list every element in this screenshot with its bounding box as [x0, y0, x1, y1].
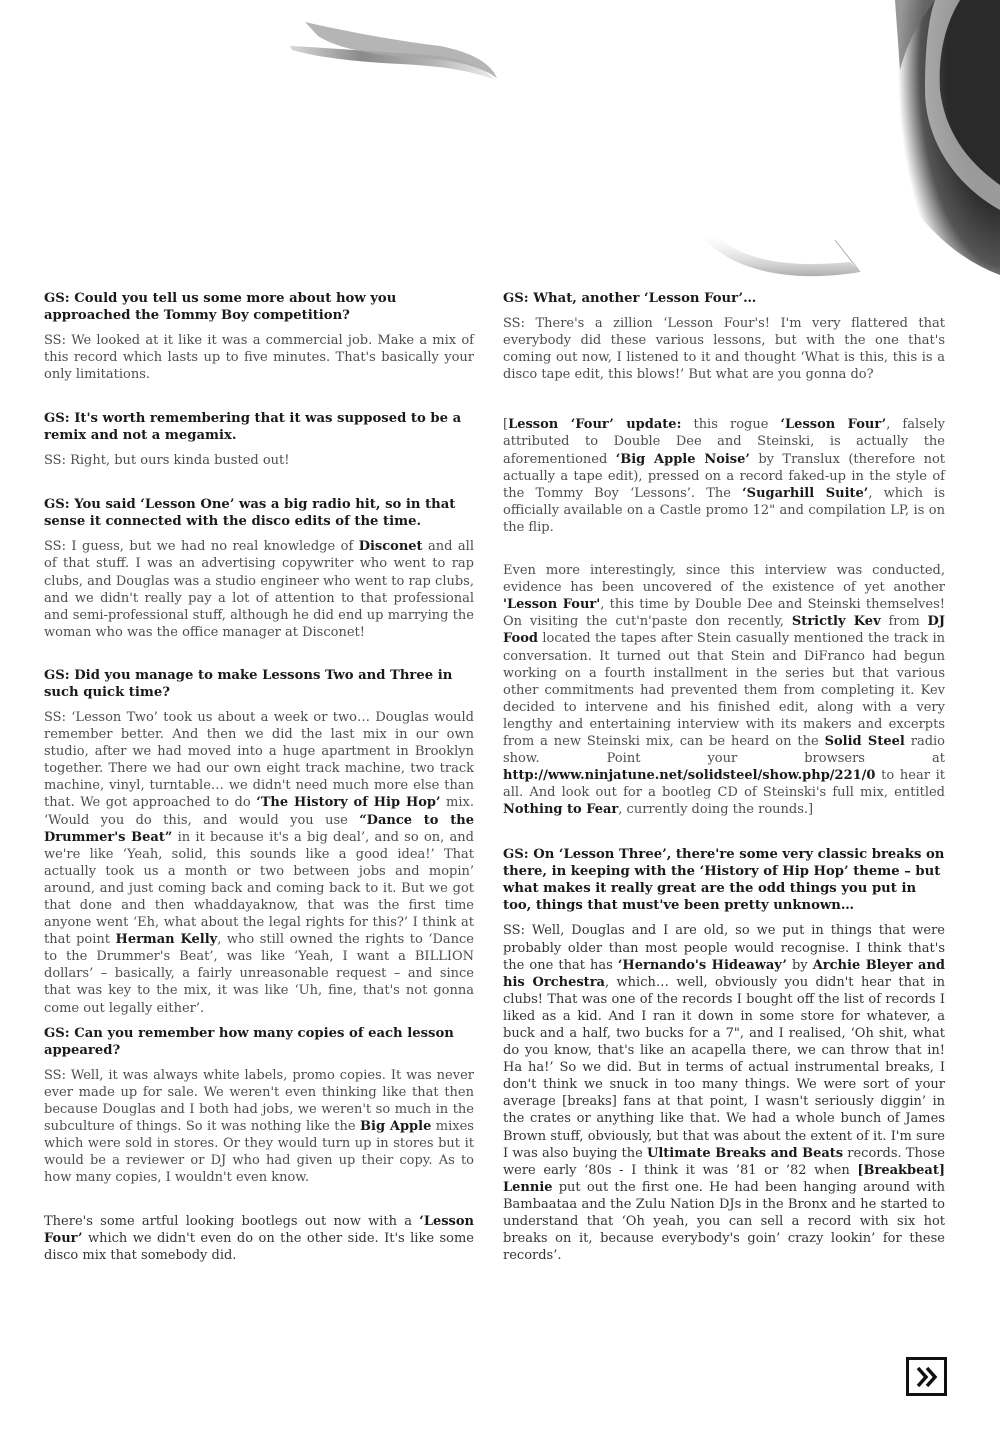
qa-block: GS: Could you tell us some more about ho…: [44, 290, 474, 383]
editor-note: [Lesson ‘Four’ update: this rogue ‘Lesso…: [503, 416, 945, 536]
interview-answer: SS: We looked at it like it was a commer…: [44, 332, 474, 383]
editor-note: Even more interestingly, since this inte…: [503, 562, 945, 818]
interview-answer: SS: Right, but ours kinda busted out!: [44, 452, 474, 469]
solid-steel-url[interactable]: http://www.ninjatune.net/solidsteel/show…: [503, 768, 875, 783]
interview-answer: SS: Well, it was always white labels, pr…: [44, 1067, 474, 1187]
interview-question: GS: What, another ‘Lesson Four’…: [503, 290, 945, 307]
tape-reel-photo: [0, 0, 1000, 285]
qa-block: GS: What, another ‘Lesson Four’… SS: The…: [503, 290, 945, 383]
qa-block: GS: Can you remember how many copies of …: [44, 1025, 474, 1187]
qa-block: GS: On ‘Lesson Three’, there're some ver…: [503, 846, 945, 1264]
article-column-right: GS: What, another ‘Lesson Four’… SS: The…: [503, 290, 945, 1264]
interview-question: GS: You said ‘Lesson One’ was a big radi…: [44, 496, 474, 530]
qa-block: GS: You said ‘Lesson One’ was a big radi…: [44, 496, 474, 641]
interview-answer: There's some artful looking bootlegs out…: [44, 1213, 474, 1264]
qa-block: GS: It's worth remembering that it was s…: [44, 410, 474, 469]
next-page-button[interactable]: [906, 1357, 947, 1396]
qa-block: GS: Did you manage to make Lessons Two a…: [44, 667, 474, 1017]
update-note: Even more interestingly, since this inte…: [503, 562, 945, 818]
update-note: [Lesson ‘Four’ update: this rogue ‘Lesso…: [503, 416, 945, 536]
qa-block: There's some artful looking bootlegs out…: [44, 1213, 474, 1264]
interview-question: GS: Can you remember how many copies of …: [44, 1025, 474, 1059]
interview-question: GS: On ‘Lesson Three’, there're some ver…: [503, 846, 945, 914]
interview-answer: SS: There's a zillion ‘Lesson Four's! I'…: [503, 315, 945, 383]
interview-question: GS: Did you manage to make Lessons Two a…: [44, 667, 474, 701]
interview-answer: SS: I guess, but we had no real knowledg…: [44, 538, 474, 641]
interview-question: GS: It's worth remembering that it was s…: [44, 410, 474, 444]
interview-question: GS: Could you tell us some more about ho…: [44, 290, 474, 324]
interview-answer: SS: Well, Douglas and I are old, so we p…: [503, 922, 945, 1264]
double-chevron-right-icon: [915, 1366, 939, 1388]
article-column-left: GS: Could you tell us some more about ho…: [44, 290, 474, 1265]
interview-answer: SS: ‘Lesson Two’ took us about a week or…: [44, 709, 474, 1017]
